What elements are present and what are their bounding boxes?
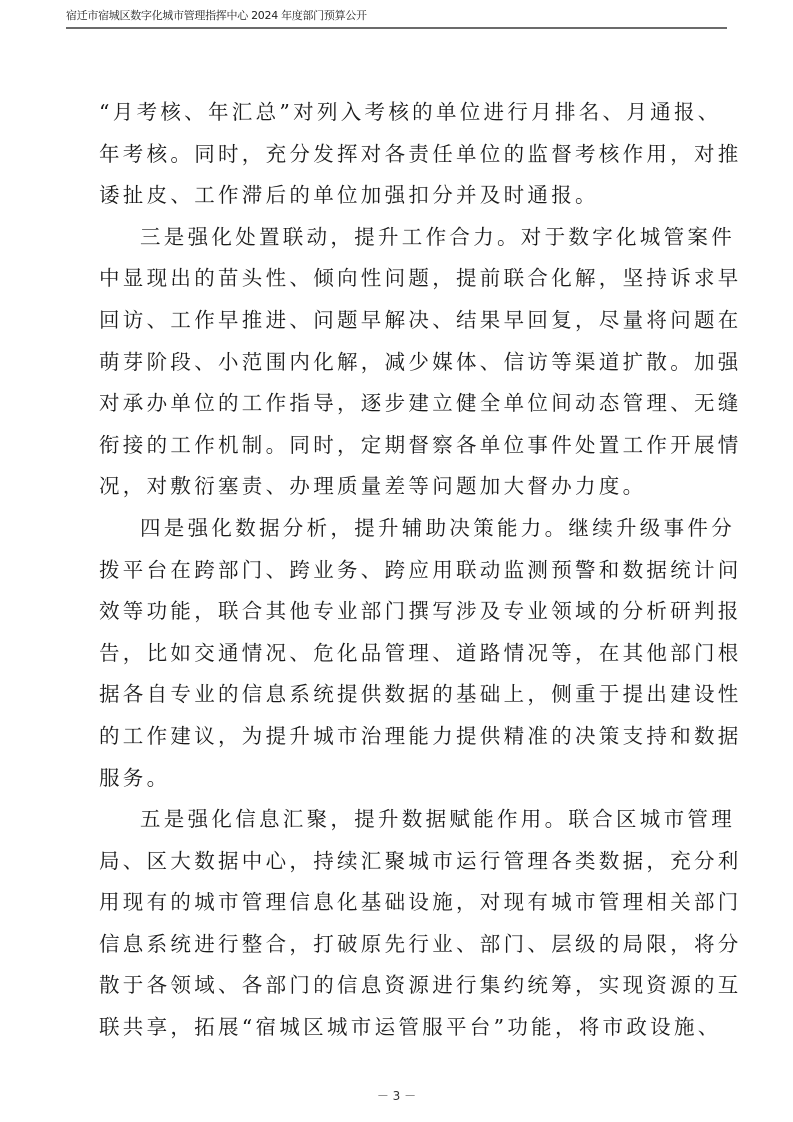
page-number: － 3 － — [0, 1087, 793, 1104]
text-line: 用现有的城市管理信息化基础设施，对现有城市管理相关部门 — [99, 882, 702, 924]
text-line: “月考核、年汇总”对列入考核的单位进行月排名、月通报、 — [99, 92, 702, 134]
page-header: 宿迁市宿城区数字化城市管理指挥中心 2024 年度部门预算公开 — [66, 8, 727, 29]
text-line: 回访、工作早推进、问题早解决、结果早回复，尽量将问题在 — [99, 300, 702, 342]
text-line: 拨平台在跨部门、跨业务、跨应用联动监测预警和数据统计问 — [99, 550, 702, 592]
text-line: 局、区大数据中心，持续汇聚城市运行管理各类数据，充分利 — [99, 841, 702, 883]
text-line: 的工作建议，为提升城市治理能力提供精准的决策支持和数据 — [99, 716, 702, 758]
text-line: 联共享，拓展“宿城区城市运管服平台”功能，将市政设施、 — [99, 1007, 702, 1049]
header-title: 宿迁市宿城区数字化城市管理指挥中心 2024 年度部门预算公开 — [66, 8, 727, 24]
text-line: 散于各领域、各部门的信息资源进行集约统筹，实现资源的互 — [99, 965, 702, 1007]
text-line: 信息系统进行整合，打破原先行业、部门、层级的局限，将分 — [99, 924, 702, 966]
paragraph-point-four: 四是强化数据分析，提升辅助决策能力。继续升级事件分 拨平台在跨部门、跨业务、跨应… — [99, 508, 702, 799]
text-line: 据各自专业的信息系统提供数据的基础上，侧重于提出建设性 — [99, 674, 702, 716]
header-divider — [66, 27, 727, 29]
text-line: 诿扯皮、工作滞后的单位加强扣分并及时通报。 — [99, 175, 702, 217]
text-line: 告，比如交通情况、危化品管理、道路情况等，在其他部门根 — [99, 633, 702, 675]
text-line: 三是强化处置联动，提升工作合力。对于数字化城管案件 — [99, 217, 702, 259]
paragraph-continuation: “月考核、年汇总”对列入考核的单位进行月排名、月通报、 年考核。同时，充分发挥对… — [99, 92, 702, 217]
text-line: 效等功能，联合其他专业部门撰写涉及专业领域的分析研判报 — [99, 591, 702, 633]
text-line: 对承办单位的工作指导，逐步建立健全单位间动态管理、无缝 — [99, 383, 702, 425]
document-body: “月考核、年汇总”对列入考核的单位进行月排名、月通报、 年考核。同时，充分发挥对… — [99, 92, 702, 1049]
text-line: 年考核。同时，充分发挥对各责任单位的监督考核作用，对推 — [99, 134, 702, 176]
text-line: 五是强化信息汇聚，提升数据赋能作用。联合区城市管理 — [99, 799, 702, 841]
text-line: 衔接的工作机制。同时，定期督察各单位事件处置工作开展情 — [99, 425, 702, 467]
text-line: 服务。 — [99, 758, 702, 800]
text-line: 况，对敷衍塞责、办理质量差等问题加大督办力度。 — [99, 466, 702, 508]
paragraph-point-five: 五是强化信息汇聚，提升数据赋能作用。联合区城市管理 局、区大数据中心，持续汇聚城… — [99, 799, 702, 1049]
text-line: 四是强化数据分析，提升辅助决策能力。继续升级事件分 — [99, 508, 702, 550]
text-line: 中显现出的苗头性、倾向性问题，提前联合化解，坚持诉求早 — [99, 258, 702, 300]
paragraph-point-three: 三是强化处置联动，提升工作合力。对于数字化城管案件 中显现出的苗头性、倾向性问题… — [99, 217, 702, 508]
text-line: 萌芽阶段、小范围内化解，减少媒体、信访等渠道扩散。加强 — [99, 342, 702, 384]
